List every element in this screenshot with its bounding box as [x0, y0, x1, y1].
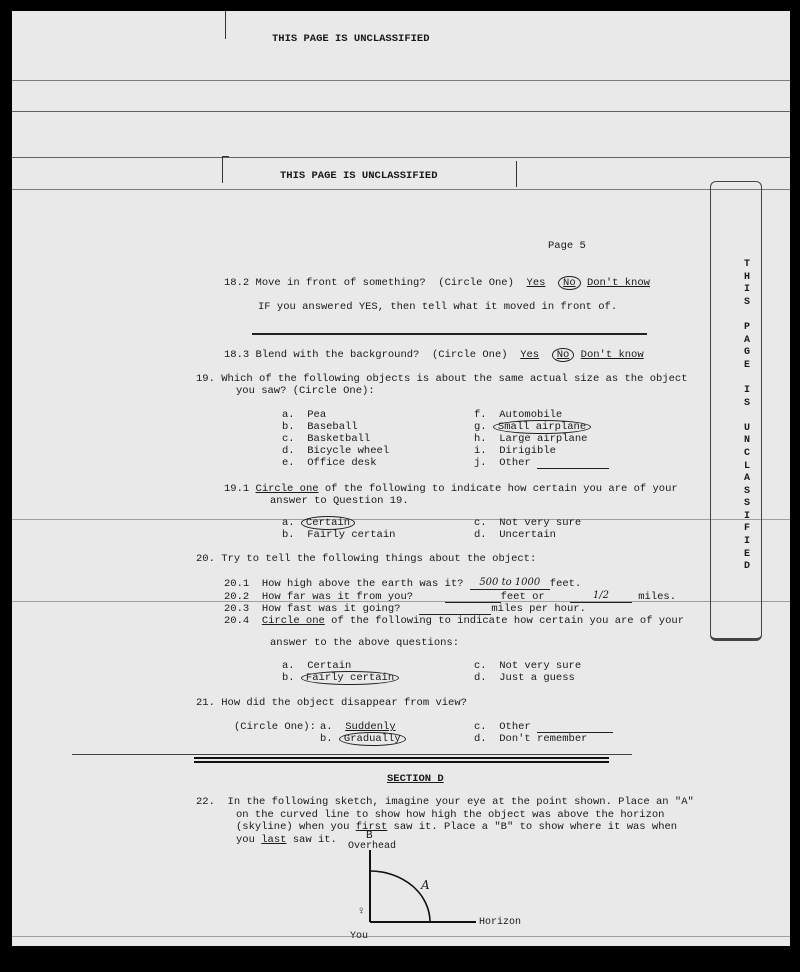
page-number: Page 5	[548, 240, 586, 252]
question-number: 20.	[196, 553, 215, 565]
divider-double	[194, 757, 609, 759]
mark-b: B	[366, 830, 373, 842]
option-b-circled[interactable]: b. Gradually	[320, 733, 406, 745]
question-20-2: 20.2 How far was it from you? feet or 1/…	[224, 590, 684, 603]
section-title: SECTION D	[387, 773, 444, 785]
option-e[interactable]: e. Office desk	[282, 457, 389, 469]
question-20-3: 20.3 How fast was it going? miles per ho…	[224, 603, 684, 615]
eye-icon: ♀	[358, 906, 365, 918]
question-number: 22.	[196, 796, 215, 808]
option-a-circled[interactable]: a. Certain	[282, 517, 395, 529]
instruction: (Circle One)	[432, 349, 508, 361]
stamp-letter: S	[740, 297, 754, 310]
q20-4-options-left: a. Certain b. Fairly certain	[282, 660, 399, 684]
stamp-letter: G	[740, 347, 754, 360]
q19-1-options-left: a. Certain b. Fairly certain	[282, 517, 395, 541]
question-text: Try to tell the following things about t…	[221, 553, 536, 565]
option-b[interactable]: b. Baseball	[282, 421, 389, 433]
question-text: Blend with the background?	[256, 349, 420, 361]
option-j[interactable]: j. Other	[474, 457, 609, 469]
option-d[interactable]: d. Bicycle wheel	[282, 445, 389, 457]
question-number: 19.1	[224, 483, 249, 495]
stamp-letter: I	[740, 536, 754, 549]
scan-line	[12, 189, 790, 190]
label-you: You	[350, 931, 368, 943]
question-number: 18.3	[224, 349, 249, 361]
option-c[interactable]: c. Not very sure	[474, 660, 581, 672]
question-text-cont: you saw? (Circle One):	[236, 385, 375, 397]
answer-line[interactable]	[252, 333, 647, 335]
document-page: THIS PAGE IS UNCLASSIFIED THIS PAGE IS U…	[12, 11, 790, 946]
option-c[interactable]: c. Not very sure	[474, 517, 581, 529]
scan-line	[12, 111, 790, 112]
option-no-circled[interactable]: No	[552, 348, 575, 362]
question-20-1: 20.1 How high above the earth was it? 50…	[224, 577, 684, 590]
mark-a: A	[421, 879, 430, 891]
stamp-letter: N	[740, 435, 754, 448]
stamp-letter	[740, 372, 754, 385]
option-a[interactable]: a. Suddenly	[320, 721, 406, 733]
stamp-letter: U	[740, 423, 754, 436]
stamp-letter: S	[740, 486, 754, 499]
scan-line	[12, 80, 790, 81]
stamp-letter: T	[740, 259, 754, 272]
answer-distance-miles[interactable]: 1/2	[570, 590, 632, 603]
stamp-letter: E	[740, 549, 754, 562]
question-20-subitems: 20.1 How high above the earth was it? 50…	[224, 577, 684, 627]
stamp-letter	[740, 410, 754, 423]
option-yes[interactable]: Yes	[520, 349, 539, 361]
stamp-letter: C	[740, 448, 754, 461]
option-a[interactable]: a. Pea	[282, 409, 389, 421]
question-19: 19. Which of the following objects is ab…	[196, 373, 688, 385]
instruction: (Circle One):	[234, 721, 316, 733]
question-19-1: 19.1 Circle one of the following to indi…	[224, 483, 678, 495]
stamp-letter: D	[740, 561, 754, 574]
option-no-circled[interactable]: No	[558, 276, 581, 290]
label-overhead: Overhead	[348, 841, 396, 853]
stamp-letter: A	[740, 473, 754, 486]
question-text: Move in front of something?	[256, 277, 426, 289]
question-text-cont: answer to Question 19.	[270, 495, 409, 507]
question-number: 21.	[196, 697, 215, 709]
stamp-letter: E	[740, 360, 754, 373]
stamp-bracket	[225, 11, 226, 39]
stamp-letter: S	[740, 398, 754, 411]
option-i[interactable]: i. Dirigible	[474, 445, 609, 457]
question-number: 18.2	[224, 277, 249, 289]
q21-options-right: c. Other d. Don't remember	[474, 721, 613, 745]
question-18-2: 18.2 Move in front of something? (Circle…	[224, 277, 650, 289]
question-20: 20. Try to tell the following things abo…	[196, 553, 536, 565]
option-yes[interactable]: Yes	[527, 277, 546, 289]
question-21: 21. How did the object disappear from vi…	[196, 697, 467, 709]
option-b[interactable]: b. Fairly certain	[282, 529, 395, 541]
option-g-circled[interactable]: g. Small airplane	[474, 421, 609, 433]
option-b-circled[interactable]: b. Fairly certain	[282, 672, 399, 684]
stamp-letter: I	[740, 511, 754, 524]
scan-line	[12, 519, 790, 520]
option-d[interactable]: d. Uncertain	[474, 529, 581, 541]
option-dont-know[interactable]: Don't know	[581, 349, 644, 361]
stamp-letter: S	[740, 498, 754, 511]
q19-options-right: f. Automobile g. Small airplane h. Large…	[474, 409, 609, 469]
option-d[interactable]: d. Don't remember	[474, 733, 613, 745]
stamp-letter: F	[740, 523, 754, 536]
question-text-cont: answer to the above questions:	[270, 637, 459, 649]
classification-banner-second: THIS PAGE IS UNCLASSIFIED	[280, 170, 438, 182]
stamp-bracket	[222, 156, 229, 183]
q19-1-options-right: c. Not very sure d. Uncertain	[474, 517, 581, 541]
divider	[72, 754, 632, 755]
q19-options-left: a. Pea b. Baseball c. Basketball d. Bicy…	[282, 409, 389, 469]
stamp-letter: A	[740, 335, 754, 348]
stamp-letter	[740, 309, 754, 322]
stamp-letter: I	[740, 385, 754, 398]
followup-text: IF you answered YES, then tell what it m…	[258, 301, 617, 313]
scan-line	[12, 936, 790, 937]
instruction: (Circle One)	[438, 277, 514, 289]
stamp-letter: L	[740, 461, 754, 474]
classification-banner-top: THIS PAGE IS UNCLASSIFIED	[272, 33, 430, 45]
q21-options-left: a. Suddenly b. Gradually	[320, 721, 406, 745]
side-stamp-box	[710, 181, 762, 641]
answer-height[interactable]: 500 to 1000	[470, 577, 550, 590]
question-18-3: 18.3 Blend with the background? (Circle …	[224, 349, 644, 361]
option-dont-know[interactable]: Don't know	[587, 277, 650, 289]
question-20-4: 20.4 Circle one of the following to indi…	[224, 615, 684, 627]
q20-4-options-right: c. Not very sure d. Just a guess	[474, 660, 581, 684]
stamp-letter: P	[740, 322, 754, 335]
scan-line	[12, 157, 790, 158]
stamp-letter: H	[740, 272, 754, 285]
question-text: How did the object disappear from view?	[221, 697, 467, 709]
option-c[interactable]: c. Basketball	[282, 433, 389, 445]
stamp-bracket	[516, 161, 517, 187]
question-18-2-followup: IF you answered YES, then tell what it m…	[258, 301, 617, 313]
option-c[interactable]: c. Other	[474, 721, 613, 733]
divider-double	[194, 761, 609, 763]
label-horizon: Horizon	[479, 917, 521, 929]
question-text: Which of the following objects is about …	[221, 373, 687, 385]
option-h[interactable]: h. Large airplane	[474, 433, 609, 445]
option-d[interactable]: d. Just a guess	[474, 672, 581, 684]
side-classification-stamp: THIS PAGE IS UNCLASSIFIED	[740, 259, 754, 574]
stamp-letter: I	[740, 284, 754, 297]
question-number: 19.	[196, 373, 215, 385]
